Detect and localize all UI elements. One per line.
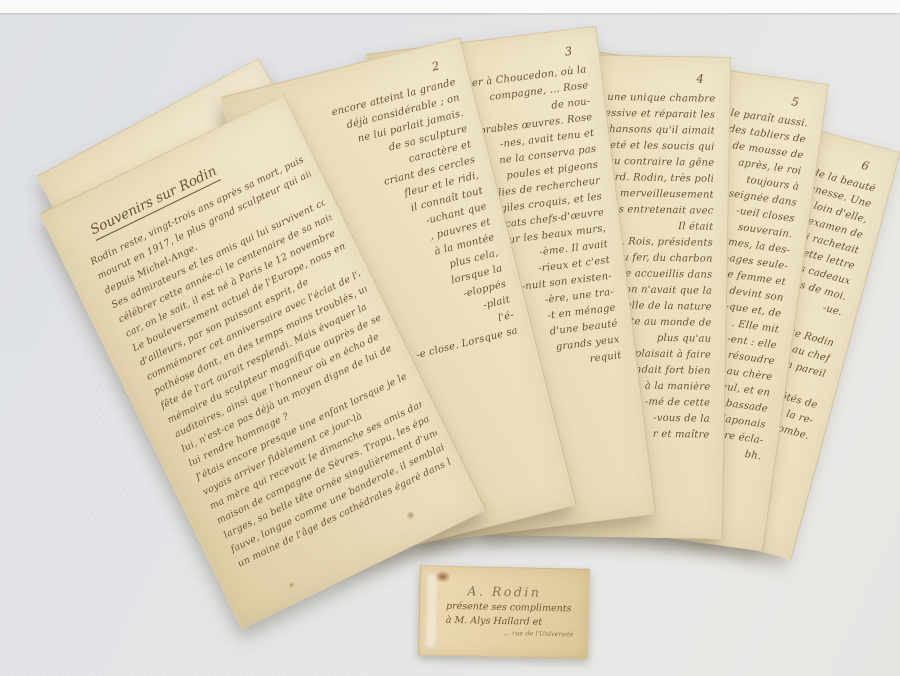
card-handwriting-line-2: à M. Alys Hallard et bbox=[446, 614, 578, 630]
visiting-card: A. Rodin présente ses compliments à M. A… bbox=[418, 565, 590, 659]
card-handwriting-line-1: présente ses compliments bbox=[446, 600, 578, 616]
backdrop-top-fold bbox=[0, 0, 900, 13]
card-printed-name: A. Rodin bbox=[420, 582, 588, 601]
photo-canvas: 6 fort, eu de la beautéde la jeunesse. U… bbox=[0, 0, 900, 676]
stain-mark bbox=[435, 571, 451, 583]
tape-mark bbox=[424, 572, 439, 648]
